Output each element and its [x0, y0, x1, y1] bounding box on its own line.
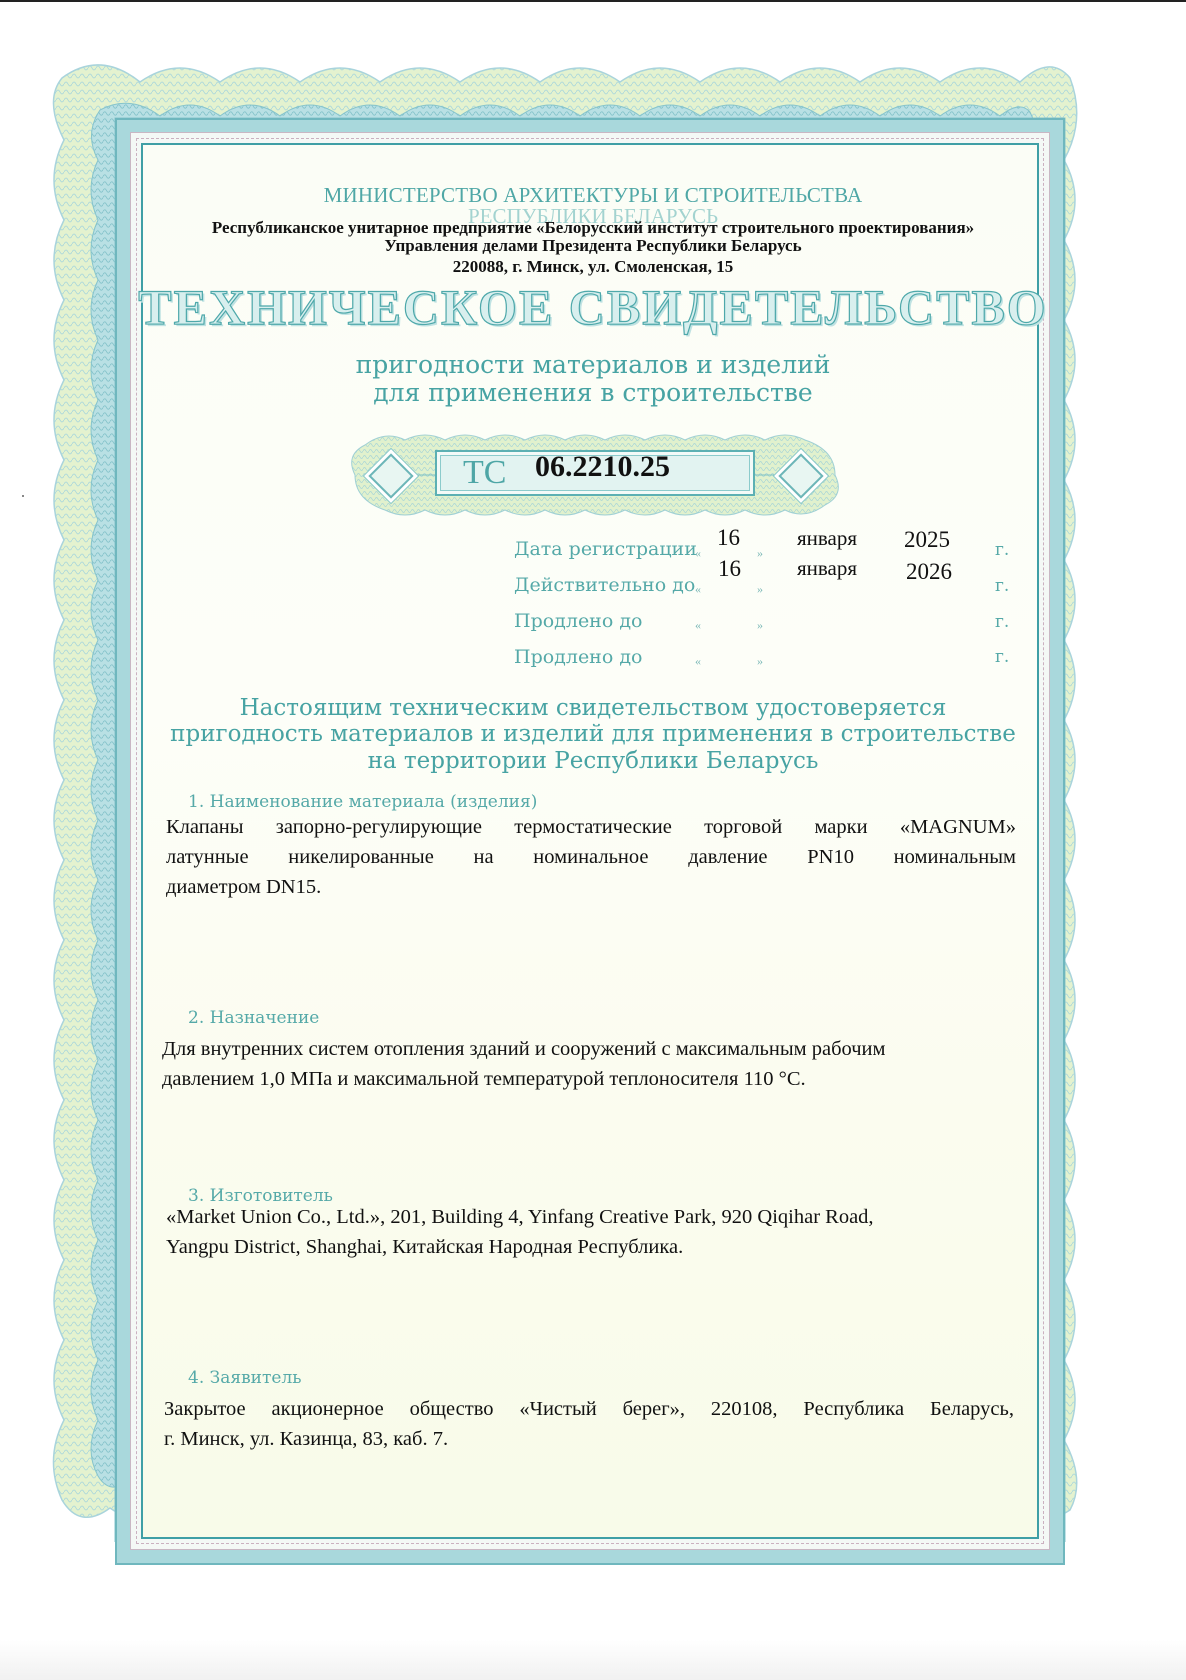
open-quote: «: [695, 618, 701, 633]
close-quote: »: [757, 654, 763, 669]
text-line: Yangpu District, Shanghai, Китайская Нар…: [166, 1232, 1016, 1262]
statement-line-2: пригодность материалов и изделий для при…: [0, 721, 1186, 747]
valid-until-day: 16: [718, 556, 741, 582]
extended-until-label-2: Продлено до: [514, 646, 642, 668]
close-quote: »: [757, 582, 763, 597]
scan-speck: [22, 495, 24, 497]
registration-date-label: Дата регистрации: [514, 538, 697, 560]
issuer-address: 220088, г. Минск, ул. Смоленская, 15: [0, 257, 1186, 277]
valid-until-month: января: [797, 556, 857, 581]
close-quote: »: [757, 618, 763, 633]
subtitle-line-2: для применения в строительстве: [0, 378, 1186, 407]
section-applicant-label: 4. Заявитель: [188, 1368, 302, 1388]
section-purpose-label: 2. Назначение: [188, 1008, 319, 1028]
text-line: диаметром DN15.: [166, 872, 1016, 902]
valid-until-label: Действительно до: [514, 574, 695, 596]
open-quote: «: [695, 546, 701, 561]
text-line: Для внутренних систем отопления зданий и…: [162, 1034, 1012, 1064]
open-quote: «: [695, 582, 701, 597]
section-material-name-label: 1. Наименование материала (изделия): [188, 792, 537, 812]
registration-month: января: [797, 526, 857, 551]
subtitle-line-1: пригодности материалов и изделий: [0, 350, 1186, 379]
extended-until-label-1: Продлено до: [514, 610, 642, 632]
year-suffix: г.: [995, 540, 1009, 560]
registration-day: 16: [717, 525, 740, 551]
text-line: латунные никелированные на номинальное д…: [166, 842, 1016, 872]
document-title: ТЕХНИЧЕСКОЕ СВИДЕТЕЛЬСТВО: [0, 278, 1186, 336]
section-material-name-text: Клапаны запорно-регулирующие термостатич…: [166, 812, 1016, 902]
registration-year: 2025: [904, 527, 950, 553]
top-edge-line: [0, 0, 1186, 2]
certificate-prefix: ТС: [463, 454, 506, 492]
section-manufacturer-text: «Market Union Co., Ltd.», 201, Building …: [166, 1202, 1016, 1262]
statement-line-1: Настоящим техническим свидетельством удо…: [0, 695, 1186, 721]
open-quote: «: [695, 654, 701, 669]
text-line: «Market Union Co., Ltd.», 201, Building …: [166, 1202, 1016, 1232]
scan-bottom-shade: [0, 1640, 1186, 1680]
issuer-line-2: Управления делами Президента Республики …: [0, 236, 1186, 256]
section-purpose-text: Для внутренних систем отопления зданий и…: [162, 1034, 1012, 1094]
text-line: давлением 1,0 МПа и максимальной темпера…: [162, 1064, 1012, 1094]
section-applicant-text: Закрытое акционерное общество «Чистый бе…: [164, 1394, 1014, 1454]
valid-until-year: 2026: [906, 559, 952, 585]
year-suffix: г.: [995, 576, 1009, 596]
text-line: г. Минск, ул. Казинца, 83, каб. 7.: [164, 1424, 1014, 1454]
certificate-number-ribbon: ТС 06.2210.25: [345, 430, 845, 520]
text-line: Клапаны запорно-регулирующие термостатич…: [166, 812, 1016, 842]
issuer-line-1: Республиканское унитарное предприятие «Б…: [0, 218, 1186, 238]
year-suffix: г.: [995, 647, 1009, 667]
year-suffix: г.: [995, 612, 1009, 632]
text-line: Закрытое акционерное общество «Чистый бе…: [164, 1394, 1014, 1424]
certificate-number: 06.2210.25: [535, 450, 670, 484]
statement-line-3: на территории Республики Беларусь: [0, 748, 1186, 774]
close-quote: »: [757, 546, 763, 561]
